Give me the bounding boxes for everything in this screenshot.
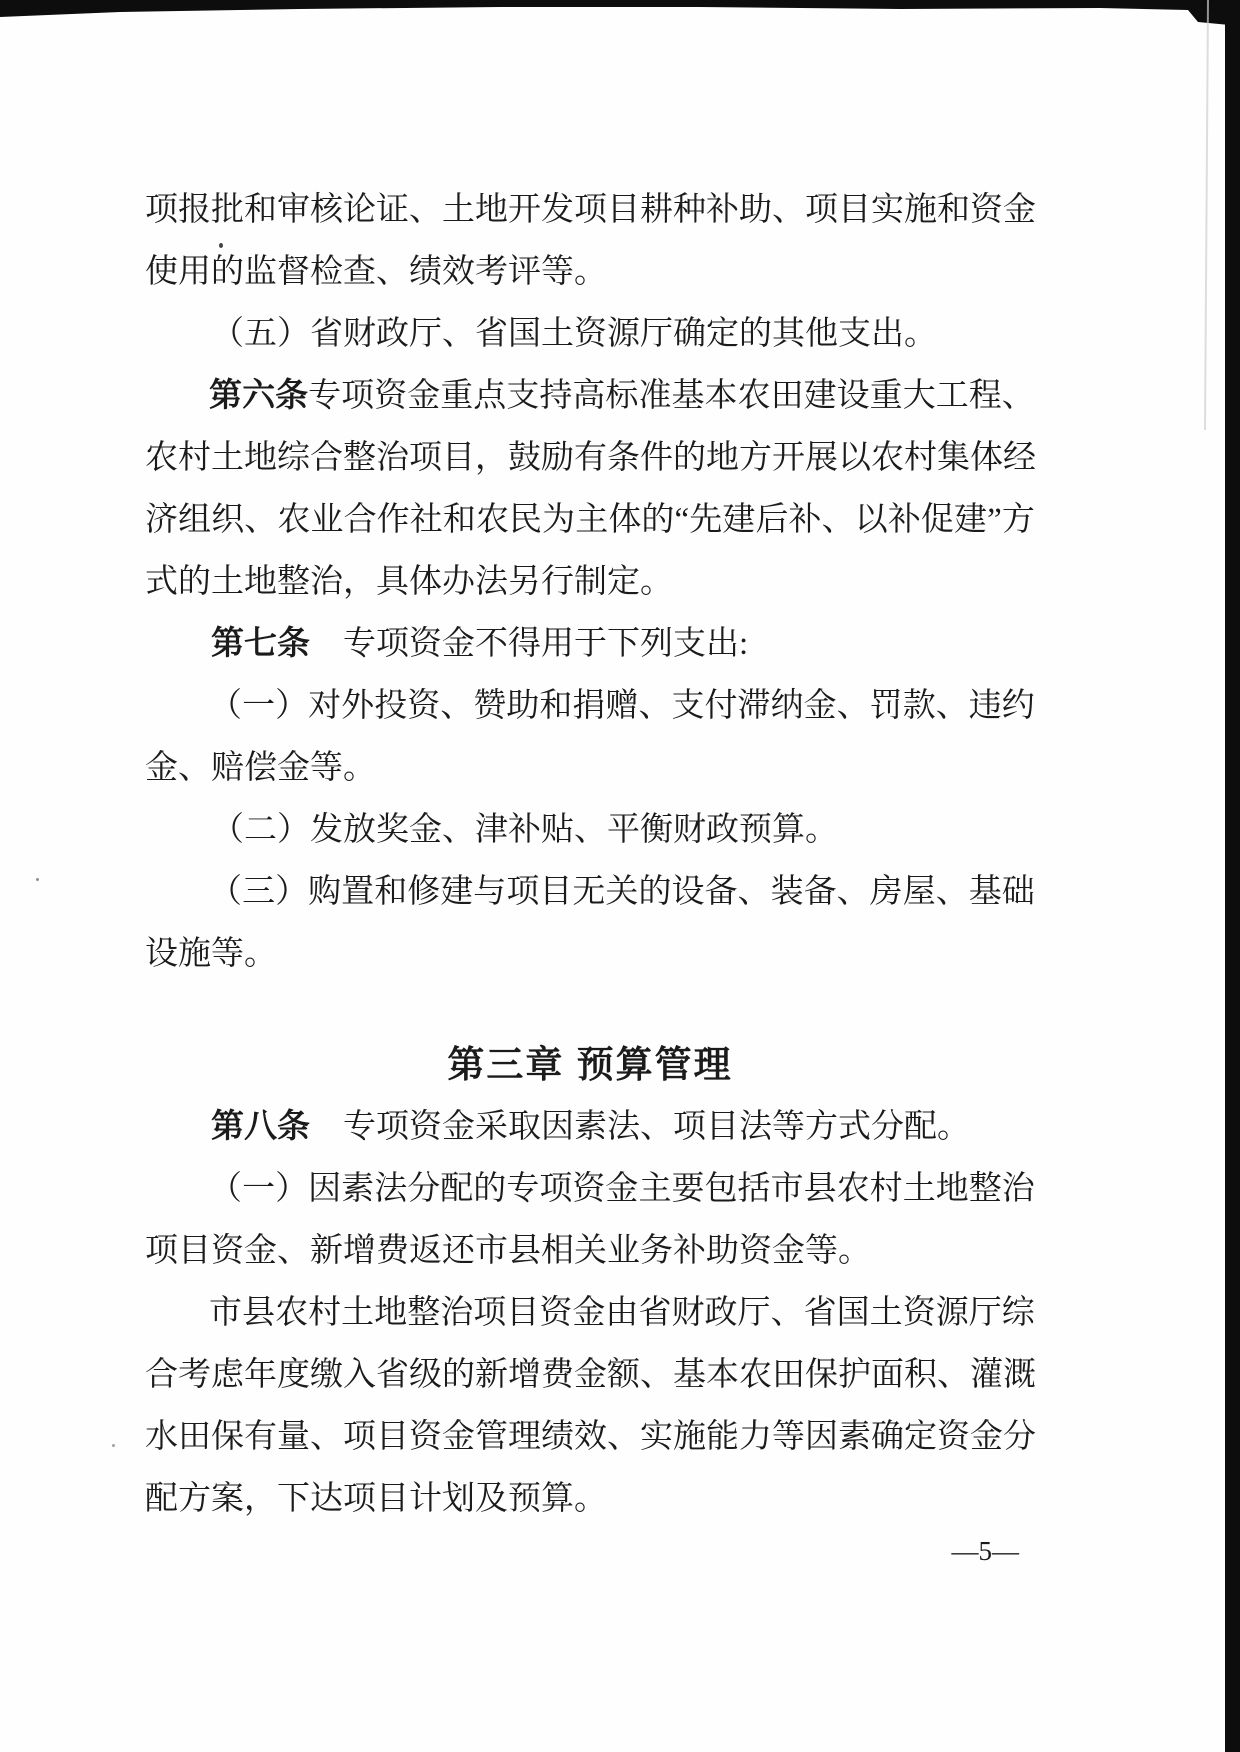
scan-artifact-right-bar <box>1225 0 1240 1752</box>
scan-artifact-top-bar <box>0 0 1240 26</box>
chapter-heading: 第三章 预算管理 <box>145 1034 1035 1096</box>
scan-speck <box>112 1444 115 1447</box>
text-line: 第七条 专项资金不得用于下列支出: <box>145 613 1035 675</box>
document-body: 项报批和审核论证、土地开发项目耕种补助、项目实施和资金使用的监督检查、绩效考评等… <box>145 179 1035 1530</box>
text-line: （一）对外投资、赞助和捐赠、支付滞纳金、罚款、违约 <box>145 675 1035 737</box>
text-line: 第六条专项资金重点支持高标准基本农田建设重大工程、 <box>145 365 1035 427</box>
text-line: 金、赔偿金等。 <box>145 737 1035 799</box>
text-line: 项目资金、新增费返还市县相关业务补助资金等。 <box>145 1220 1035 1282</box>
text-line: 配方案，下达项目计划及预算。 <box>145 1468 1035 1530</box>
indent-spacer <box>145 1313 209 1314</box>
text-line: 农村土地综合整治项目，鼓励有条件的地方开展以农村集体经 <box>145 427 1035 489</box>
indent-spacer <box>145 396 209 397</box>
text-line: （一）因素法分配的专项资金主要包括市县农村土地整治 <box>145 1158 1035 1220</box>
scanned-page: 项报批和审核论证、土地开发项目耕种补助、项目实施和资金使用的监督检查、绩效考评等… <box>0 0 1240 1752</box>
page-footer: —5— <box>145 1530 1035 1568</box>
text-line: 设施等。 <box>145 923 1035 985</box>
text-line: 水田保有量、项目资金管理绩效、实施能力等因素确定资金分 <box>145 1406 1035 1468</box>
text-line: 式的土地整治，具体办法另行制定。 <box>145 551 1035 613</box>
indent-spacer <box>145 892 209 893</box>
text-line: 市县农村土地整治项目资金由省财政厅、省国土资源厅综 <box>145 1282 1035 1344</box>
text-line: 使用的监督检查、绩效考评等。 <box>145 241 1035 303</box>
page-number: —5— <box>145 1534 1035 1568</box>
indent-spacer <box>145 706 209 707</box>
paper-edge-line <box>1204 0 1209 430</box>
text-line: 第八条 专项资金采取因素法、项目法等方式分配。 <box>145 1096 1035 1158</box>
text-line: 项报批和审核论证、土地开发项目耕种补助、项目实施和资金 <box>145 179 1035 241</box>
scan-speck <box>36 878 39 881</box>
text-line: （五）省财政厅、省国土资源厅确定的其他支出。 <box>145 303 1035 365</box>
text-line: 济组织、农业合作社和农民为主体的“先建后补、以补促建”方 <box>145 489 1035 551</box>
text-line: （二）发放奖金、津补贴、平衡财政预算。 <box>145 799 1035 861</box>
text-line: 合考虑年度缴入省级的新增费金额、基本农田保护面积、灌溉 <box>145 1344 1035 1406</box>
text-line: （三）购置和修建与项目无关的设备、装备、房屋、基础 <box>145 861 1035 923</box>
indent-spacer <box>145 1189 209 1190</box>
